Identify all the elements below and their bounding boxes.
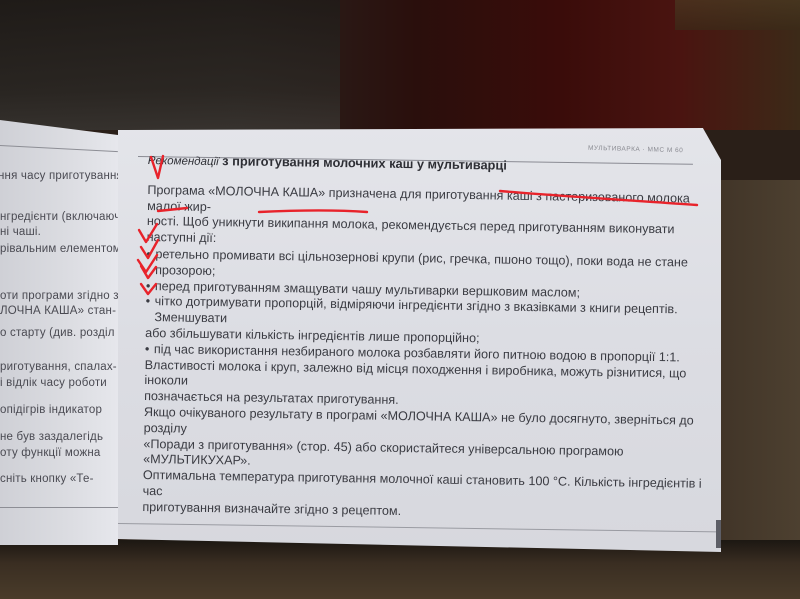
- background-fold: [0, 0, 340, 130]
- left-line: рівальним елементом.: [0, 243, 118, 255]
- footer-rule: [118, 523, 718, 532]
- left-line: ЛОЧНА КАША» стан-: [0, 305, 116, 317]
- left-page-rule: [0, 145, 118, 152]
- heading-prefix: Рекомендації: [148, 155, 219, 168]
- recommendation-list: •ретельно промивати всі цільнозернові кр…: [145, 247, 707, 366]
- bullet-icon: •: [146, 294, 151, 310]
- background-tassel: [675, 0, 800, 30]
- left-line: не був заздалегідь: [0, 431, 103, 443]
- left-page: ння часу приготування в нгредієнти (вклю…: [0, 115, 118, 545]
- left-line: і відлік часу роботи: [0, 377, 107, 389]
- left-line: нгредієнти (включаючи: [0, 211, 118, 223]
- bullet-icon: •: [145, 342, 150, 358]
- running-header: МУЛЬТИВАРКА · MMC M 60: [588, 145, 683, 154]
- background-fabric: [0, 0, 800, 130]
- left-line: оти програми згідно з: [0, 290, 118, 302]
- bullet-icon: •: [146, 247, 151, 263]
- left-line: риготування, спалах-: [0, 361, 117, 373]
- left-page-bottom-rule: [0, 507, 118, 508]
- left-line: о старту (див. розділ: [0, 327, 115, 339]
- left-line: опідігрів індикатор: [0, 404, 102, 416]
- intro-underlined-text: ності.: [147, 214, 180, 229]
- intro-text: Щоб уникнути: [179, 215, 268, 230]
- heading-rest: з приготування молочних каш у мультиварц…: [219, 153, 507, 173]
- left-line: сніть кнопку «Те-: [0, 473, 94, 485]
- bullet-icon: •: [146, 279, 151, 295]
- left-line: оту функції можна: [0, 447, 101, 459]
- left-line: ні чаші.: [0, 226, 41, 238]
- page-content: Рекомендації з приготування молочних каш…: [142, 152, 708, 524]
- intro-underlined-text: википання молока: [267, 216, 374, 232]
- left-line: ння часу приготування в: [0, 170, 118, 182]
- intro-paragraph: Програма «МОЛОЧНА КАША» призначена для п…: [147, 183, 708, 255]
